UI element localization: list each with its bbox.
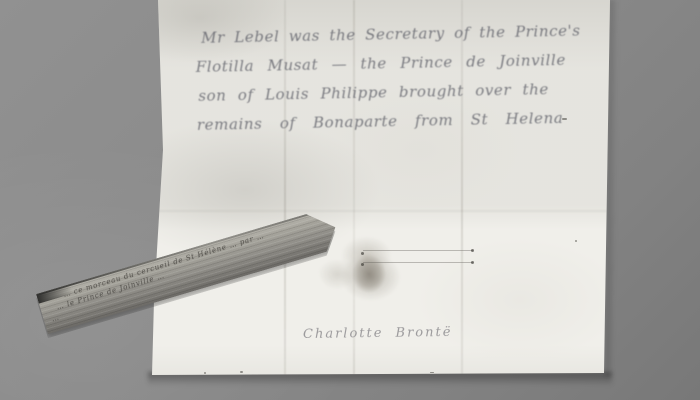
- ink-dot: [471, 249, 474, 252]
- pencil-line: [363, 250, 473, 251]
- ink-dot: [361, 252, 364, 255]
- photograph-of-manuscript: Mr Lebel was the Secretary of the Prince…: [0, 0, 700, 400]
- fold-crease-horizontal: [155, 210, 607, 212]
- handwritten-note: Mr Lebel was the Secretary of the Prince…: [195, 16, 607, 140]
- speck: [430, 372, 434, 373]
- pencil-line: [363, 262, 473, 263]
- speck: [204, 372, 206, 374]
- charlotte-bronte-inscription: Charlotte Brontë: [303, 325, 453, 342]
- ink-dot: [471, 261, 474, 264]
- speck: [240, 371, 243, 373]
- ink-dot: [361, 263, 364, 266]
- speck: [575, 240, 577, 242]
- speck: [562, 118, 567, 120]
